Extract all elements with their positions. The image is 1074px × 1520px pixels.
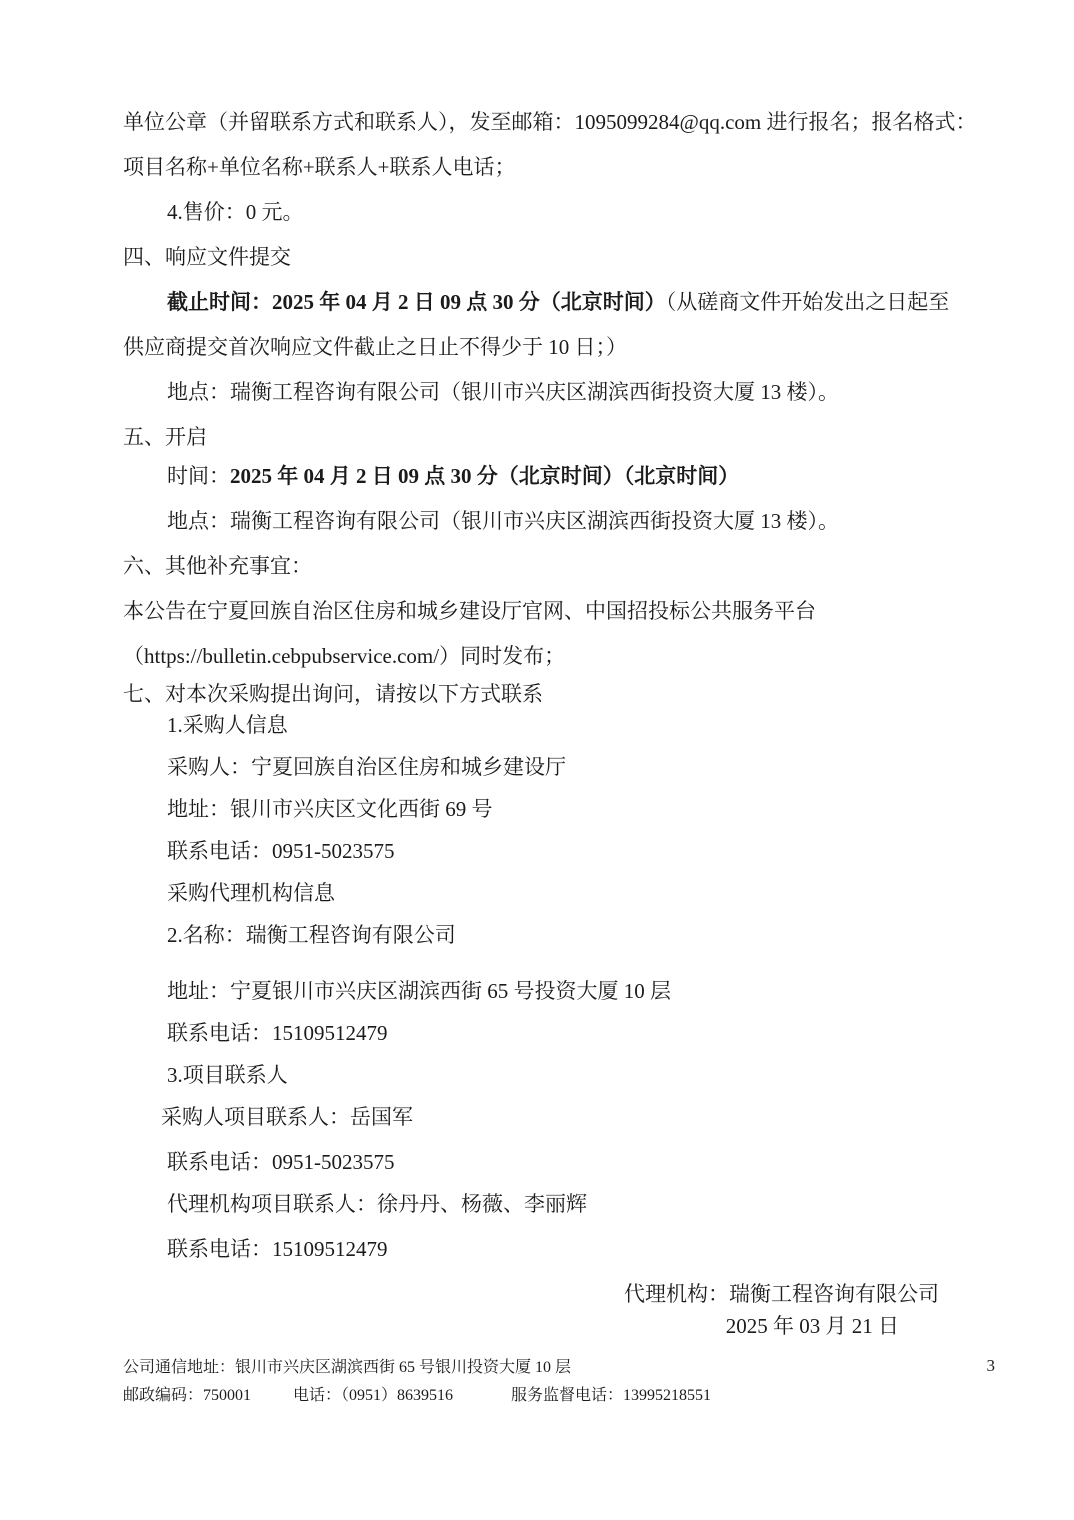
section6-url-line: （https://bulletin.cebpubservice.com/）同时发… <box>123 644 992 669</box>
footer-contact-line: 邮政编码：750001电话：（0951）8639516服务监督电话：139952… <box>123 1382 711 1410</box>
price-line: 4.售价：0 元。 <box>123 200 992 225</box>
agency-address: 地址：宁夏银川市兴庆区湖滨西街 65 号投资大厦 10 层 <box>123 979 992 1004</box>
time-label: 时间： <box>167 464 230 488</box>
section6-line-1: 本公告在宁夏回族自治区住房和城乡建设厅官网、中国招投标公共服务平台 <box>123 599 992 624</box>
document-page: 单位公章（并留联系方式和联系人），发至邮箱：1095099284@qq.com … <box>0 0 1074 1520</box>
document-body: 单位公章（并留联系方式和联系人），发至邮箱：1095099284@qq.com … <box>123 0 992 1339</box>
signature-date-line: 2025 年 03 月 21 日 <box>123 1314 992 1339</box>
section4-deadline-line: 截止时间：2025 年 04 月 2 日 09 点 30 分（北京时间）（从磋商… <box>123 290 992 315</box>
agency-info-header: 采购代理机构信息 <box>123 881 992 906</box>
purchaser-contact-phone: 联系电话：0951-5023575 <box>123 1150 992 1175</box>
footer-supervision-phone: 服务监督电话：13995218551 <box>511 1387 711 1404</box>
footer-address-line: 公司通信地址：银川市兴庆区湖滨西街 65 号银川投资大厦 10 层 <box>123 1354 711 1382</box>
footer-phone: 电话：（0951）8639516 <box>293 1387 453 1404</box>
footer-postal-code: 邮政编码：750001 <box>123 1387 251 1404</box>
signature-agency-line: 代理机构：瑞衡工程咨询有限公司 <box>123 1282 992 1307</box>
intro-line-1: 单位公章（并留联系方式和联系人），发至邮箱：1095099284@qq.com … <box>123 110 992 135</box>
section4-location: 地点：瑞衡工程咨询有限公司（银川市兴庆区湖滨西街投资大厦 13 楼）。 <box>123 380 992 405</box>
section5-time-line: 时间：2025 年 04 月 2 日 09 点 30 分（北京时间）（北京时间） <box>123 464 992 489</box>
section5-location: 地点：瑞衡工程咨询有限公司（银川市兴庆区湖滨西街投资大厦 13 楼）。 <box>123 509 992 534</box>
deadline-bold-text: 截止时间：2025 年 04 月 2 日 09 点 30 分（北京时间） <box>167 290 666 314</box>
time-bold-text: 2025 年 04 月 2 日 09 点 30 分（北京时间）（北京时间） <box>230 464 739 488</box>
purchaser-phone: 联系电话：0951-5023575 <box>123 839 992 864</box>
agency-contact-persons: 代理机构项目联系人：徐丹丹、杨薇、李丽辉 <box>123 1192 992 1217</box>
intro-line-2: 项目名称+单位名称+联系人+联系人电话； <box>123 155 992 180</box>
purchaser-name: 采购人：宁夏回族自治区住房和城乡建设厅 <box>123 755 992 780</box>
agency-phone: 联系电话：15109512479 <box>123 1021 992 1046</box>
agency-contact-phone: 联系电话：15109512479 <box>123 1237 992 1262</box>
deadline-regular-text: （从磋商文件开始发出之日起至 <box>666 290 950 314</box>
section5-heading: 五、开启 <box>123 425 992 450</box>
section7-heading: 七、对本次采购提出询问，请按以下方式联系 <box>123 682 992 707</box>
purchaser-address: 地址：银川市兴庆区文化西街 69 号 <box>123 797 992 822</box>
purchaser-contact-person: 采购人项目联系人：岳国军 <box>123 1105 992 1130</box>
project-contacts-header: 3.项目联系人 <box>123 1063 992 1088</box>
section4-heading: 四、响应文件提交 <box>123 245 992 270</box>
section6-heading: 六、其他补充事宜： <box>123 554 992 579</box>
page-footer: 公司通信地址：银川市兴庆区湖滨西街 65 号银川投资大厦 10 层 邮政编码：7… <box>123 1354 711 1410</box>
section4-deadline-continuation: 供应商提交首次响应文件截止之日止不得少于 10 日；） <box>123 335 992 360</box>
purchaser-info-header: 1.采购人信息 <box>123 713 992 738</box>
page-number: 3 <box>987 1356 996 1376</box>
agency-name: 2.名称：瑞衡工程咨询有限公司 <box>123 923 992 948</box>
